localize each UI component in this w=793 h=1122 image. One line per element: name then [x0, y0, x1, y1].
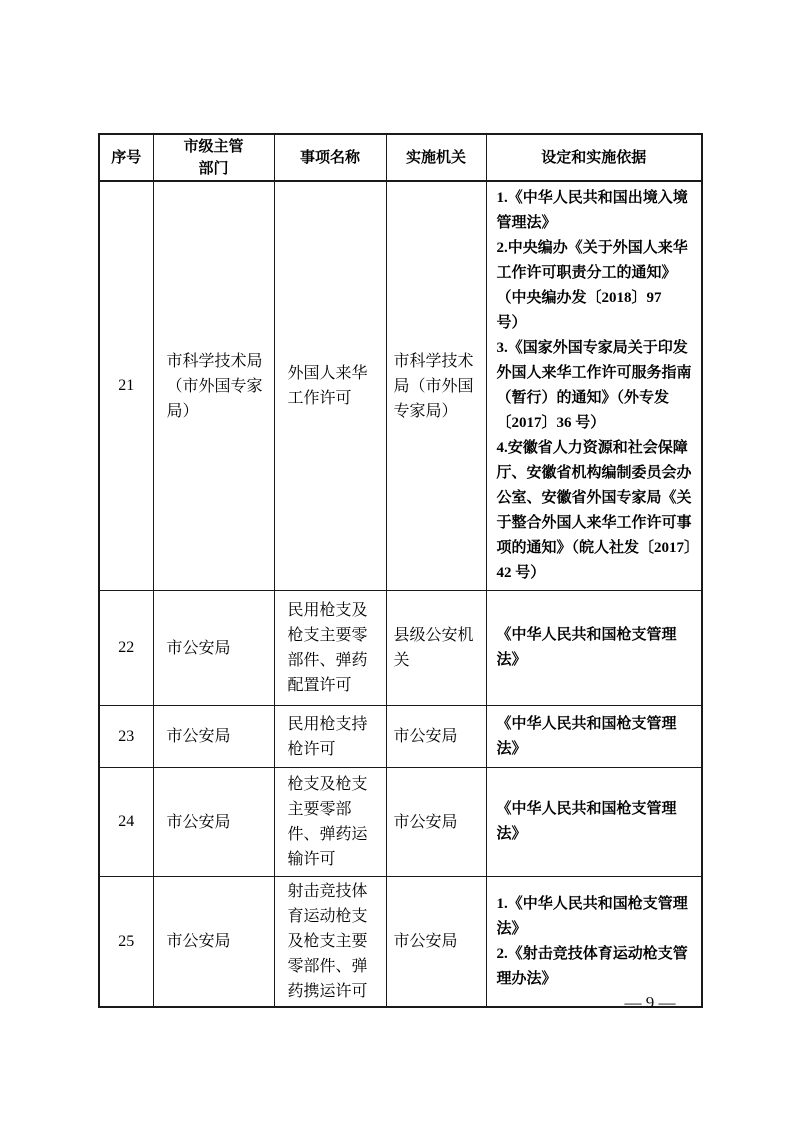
agency-cell: 市公安局	[386, 877, 486, 1008]
basis-cell: 1.《中华人民共和国出境入境管理法》 2.中央编办《关于外国人来华工作许可职责分…	[486, 181, 702, 591]
table-row: 21 市科学技术局（市外国专家局） 外国人来华工作许可 市科学技术局（市外国专家…	[99, 181, 702, 591]
table-row: 25 市公安局 射击竞技体育运动枪支及枪支主要零部件、弹药携运许可 市公安局 1…	[99, 877, 702, 1008]
table-row: 23 市公安局 民用枪支持枪许可 市公安局 《中华人民共和国枪支管理法》	[99, 706, 702, 768]
seq-cell: 25	[99, 877, 153, 1008]
seq-cell: 23	[99, 706, 153, 768]
agency-cell: 县级公安机关	[386, 591, 486, 706]
column-header-dept: 市级主管部门	[153, 134, 274, 181]
agency-cell: 市公安局	[386, 768, 486, 877]
agency-cell: 市科学技术局（市外国专家局）	[386, 181, 486, 591]
dept-cell: 市科学技术局（市外国专家局）	[153, 181, 274, 591]
column-header-seq: 序号	[99, 134, 153, 181]
item-cell: 枪支及枪支主要零部件、弹药运输许可	[274, 768, 386, 877]
basis-cell: 《中华人民共和国枪支管理法》	[486, 768, 702, 877]
item-cell: 民用枪支持枪许可	[274, 706, 386, 768]
item-cell: 民用枪支及枪支主要零部件、弹药配置许可	[274, 591, 386, 706]
column-header-seq-label: 序号	[111, 149, 141, 166]
dept-cell: 市公安局	[153, 706, 274, 768]
column-header-item-label: 事项名称	[300, 149, 360, 166]
dept-cell: 市公安局	[153, 591, 274, 706]
item-cell: 外国人来华工作许可	[274, 181, 386, 591]
seq-cell: 22	[99, 591, 153, 706]
column-header-agency: 实施机关	[386, 134, 486, 181]
column-header-dept-label: 市级主管部门	[183, 136, 245, 180]
seq-cell: 24	[99, 768, 153, 877]
document-page: 序号 市级主管部门 事项名称 实施机关 设定和实施依据 21 市科学技术局（市外…	[0, 0, 793, 1122]
permits-table: 序号 市级主管部门 事项名称 实施机关 设定和实施依据 21 市科学技术局（市外…	[98, 133, 703, 1008]
column-header-item: 事项名称	[274, 134, 386, 181]
item-cell: 射击竞技体育运动枪支及枪支主要零部件、弹药携运许可	[274, 877, 386, 1008]
table-row: 24 市公安局 枪支及枪支主要零部件、弹药运输许可 市公安局 《中华人民共和国枪…	[99, 768, 702, 877]
basis-cell: 1.《中华人民共和国枪支管理法》 2.《射击竞技体育运动枪支管理办法》	[486, 877, 702, 1008]
dept-cell: 市公安局	[153, 877, 274, 1008]
table-row: 22 市公安局 民用枪支及枪支主要零部件、弹药配置许可 县级公安机关 《中华人民…	[99, 591, 702, 706]
column-header-agency-label: 实施机关	[406, 149, 466, 166]
page-number: — 9 —	[610, 993, 690, 1013]
dept-cell: 市公安局	[153, 768, 274, 877]
basis-cell: 《中华人民共和国枪支管理法》	[486, 591, 702, 706]
column-header-basis: 设定和实施依据	[486, 134, 702, 181]
seq-cell: 21	[99, 181, 153, 591]
agency-cell: 市公安局	[386, 706, 486, 768]
column-header-basis-label: 设定和实施依据	[541, 149, 646, 166]
table-header-row: 序号 市级主管部门 事项名称 实施机关 设定和实施依据	[99, 134, 702, 181]
basis-cell: 《中华人民共和国枪支管理法》	[486, 706, 702, 768]
